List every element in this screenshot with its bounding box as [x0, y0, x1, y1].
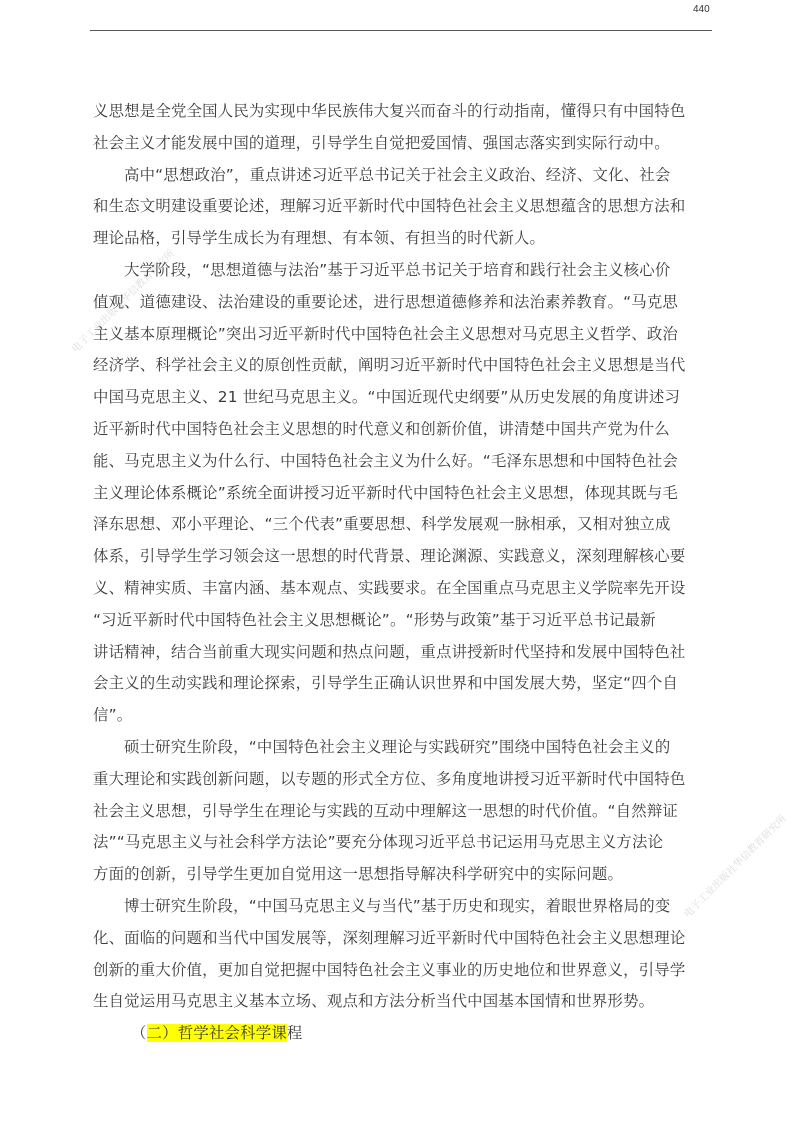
- text-line: 经济学、科学社会主义的原创性贡献，阐明习近平新时代中国特色社会主义思想是当代: [93, 350, 715, 382]
- paragraph-start-university: 大学阶段，“思想道德与法治”基于习近平总书记关于培育和践行社会主义核心价: [93, 255, 715, 287]
- text-line: 法”“马克思主义与社会科学方法论”要充分体现习近平总书记运用马克思主义方法论: [93, 827, 715, 859]
- paragraph-start-doctoral: 博士研究生阶段，“中国马克思主义与当代”基于历史和现实，着眼世界格局的变: [93, 891, 715, 923]
- text-line: 社会主义思想，引导学生在理论与实践的互动中理解这一思想的时代价值。“自然辩证: [93, 796, 715, 828]
- text-line: 体系，引导学生学习领会这一思想的时代背景、理论渊源、实践意义，深刻理解核心要: [93, 541, 715, 573]
- text-line: 义、精神实质、丰富内涵、基本观点、实践要求。在全国重点马克思主义学院率先开设: [93, 573, 715, 605]
- text-line: 会主义的生动实践和理论探索，引导学生正确认识世界和中国发展大势，坚定“四个自: [93, 668, 715, 700]
- text-line: 主义基本原理概论”突出习近平新时代中国特色社会主义思想对马克思主义哲学、政治: [93, 319, 715, 351]
- section-heading-prefix: （: [131, 1024, 147, 1042]
- text-line: 泽东思想、邓小平理论、“三个代表”重要思想、科学发展观一脉相承，又相对独立成: [93, 509, 715, 541]
- text-line: “习近平新时代中国特色社会主义思想概论”。“形势与政策”基于习近平总书记最新: [93, 605, 715, 637]
- body-text: 义思想是全党全国人民为实现中华民族伟大复兴而奋斗的行动指南，懂得只有中国特色 社…: [93, 96, 715, 1050]
- text-line: 化、面临的问题和当代中国发展等，深刻理解习近平新时代中国特色社会主义思想理论: [93, 923, 715, 955]
- text-line: 值观、道德建设、法治建设的重要论述，进行思想道德修养和法治素养教育。“马克思: [93, 287, 715, 319]
- paragraph-start-masters: 硕士研究生阶段，“中国特色社会主义理论与实践研究”围绕中国特色社会主义的: [93, 732, 715, 764]
- text-line: 理论品格，引导学生成长为有理想、有本领、有担当的时代新人。: [93, 223, 715, 255]
- text-line: 近平新时代中国特色社会主义思想的时代意义和创新价值，讲清楚中国共产党为什么: [93, 414, 715, 446]
- header-rule: [90, 30, 712, 31]
- paragraph-start-high-school: 高中“思想政治”，重点讲述习近平总书记关于社会主义政治、经济、文化、社会: [93, 160, 715, 192]
- text-line: 讲话精神，结合当前重大现实问题和热点问题，重点讲授新时代坚持和发展中国特色社: [93, 637, 715, 669]
- text-line: 中国马克思主义、21 世纪马克思主义。“中国近现代史纲要”从历史发展的角度讲述习: [93, 382, 715, 414]
- text-line: 社会主义才能发展中国的道理，引导学生自觉把爱国情、强国志落实到实际行动中。: [93, 128, 715, 160]
- page-number: 440: [693, 4, 710, 15]
- text-line: 义思想是全党全国人民为实现中华民族伟大复兴而奋斗的行动指南，懂得只有中国特色: [93, 96, 715, 128]
- text-line: 能、马克思主义为什么行、中国特色社会主义为什么好。“毛泽东思想和中国特色社会: [93, 446, 715, 478]
- text-line: 和生态文明建设重要论述，理解习近平新时代中国特色社会主义思想蕴含的思想方法和: [93, 191, 715, 223]
- text-line: 方面的创新，引导学生更加自觉用这一思想指导解决科学研究中的实际问题。: [93, 859, 715, 891]
- section-heading: （二）哲学社会科学课程: [93, 1018, 715, 1050]
- text-line: 重大理论和实践创新问题，以专题的形式全方位、多角度地讲授习近平新时代中国特色: [93, 764, 715, 796]
- text-line: 生自觉运用马克思主义基本立场、观点和方法分析当代中国基本国情和世界形势。: [93, 986, 715, 1018]
- text-line: 主义理论体系概论”系统全面讲授习近平新时代中国特色社会主义思想，体现其既与毛: [93, 478, 715, 510]
- section-heading-suffix: 程: [287, 1024, 303, 1042]
- text-line: 信”。: [93, 700, 715, 732]
- text-line: 创新的重大价值，更加自觉把握中国特色社会主义事业的历史地位和世界意义，引导学: [93, 955, 715, 987]
- section-heading-highlight: 二）哲学社会科学课: [147, 1024, 287, 1042]
